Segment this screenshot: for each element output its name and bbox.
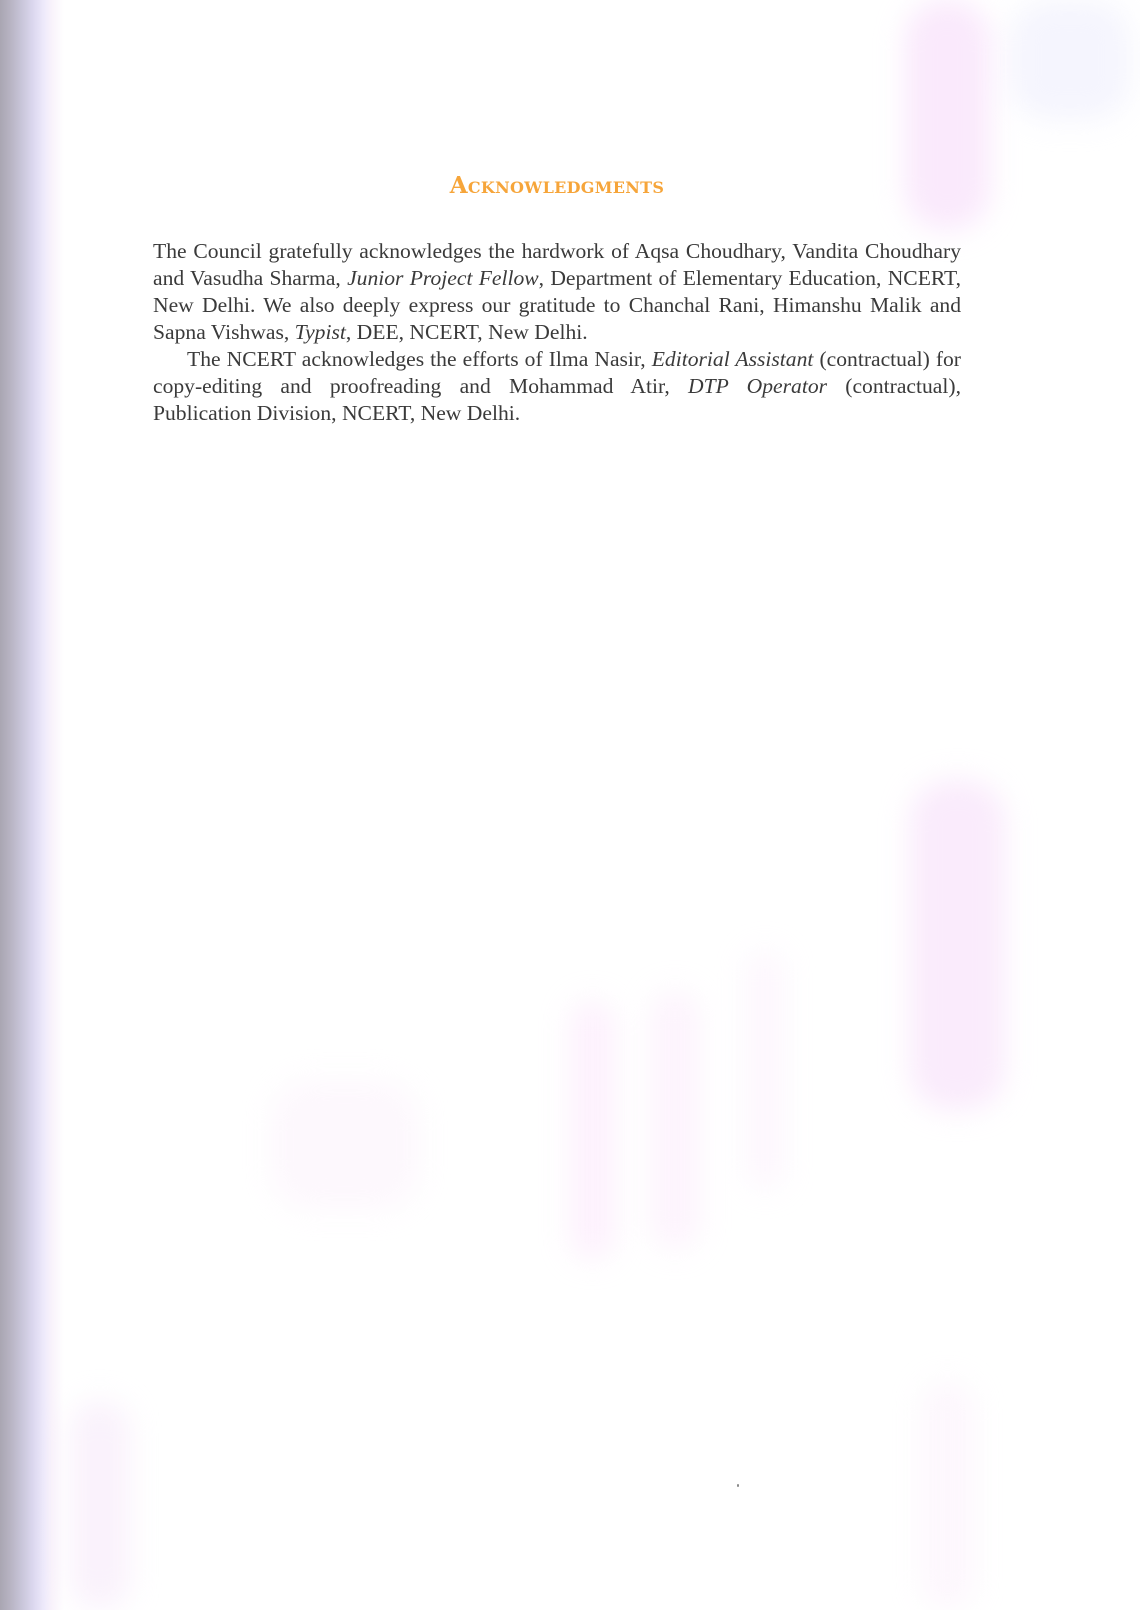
text-run: The NCERT acknowledges the efforts of Il… — [187, 347, 652, 371]
scan-speck — [737, 1484, 739, 1487]
italic-role-title: Junior Project Fellow — [347, 266, 539, 290]
paragraph-2: The NCERT acknowledges the efforts of Il… — [153, 346, 961, 427]
acknowledgments-body: The Council gratefully acknowledges the … — [153, 238, 961, 427]
text-run: , DEE, NCERT, New Delhi. — [346, 320, 588, 344]
italic-role-title: Typist — [295, 320, 346, 344]
paragraph-1: The Council gratefully acknowledges the … — [153, 238, 961, 346]
italic-role-title: DTP Operator — [688, 374, 827, 398]
page-title: Acknowledgments — [153, 172, 961, 199]
italic-role-title: Editorial Assistant — [652, 347, 814, 371]
